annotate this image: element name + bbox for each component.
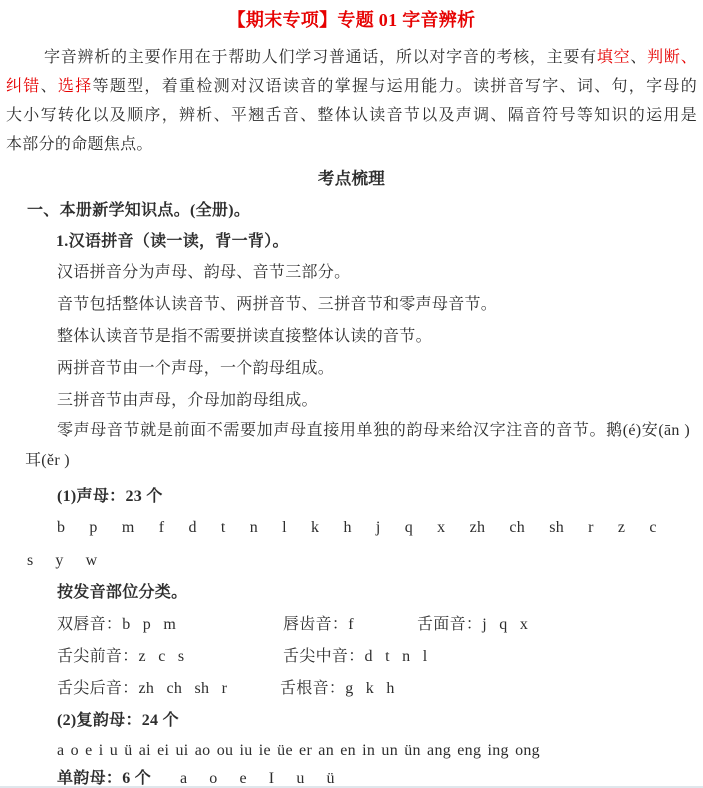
- intro-line-1: 字音辨析的主要作用在于帮助人们学习普通话，所以对字音的考核，主要有填空、判断、: [6, 48, 697, 68]
- initials-row-1: bpmfdtnlkhjqxzhchshrzc: [57, 518, 657, 538]
- initial-letter: d: [188, 518, 196, 538]
- body-three-spell: 三拼音节由声母，介母加韵母组成。: [57, 391, 318, 411]
- dorsal: 舌面音：j q x: [417, 615, 528, 635]
- velar: 舌根音：g k h: [280, 679, 395, 699]
- initial-letter: c: [649, 518, 656, 538]
- heading-unit-1: 一、本册新学知识点。(全册)。: [27, 201, 250, 221]
- highlighted-term: 、: [681, 49, 697, 66]
- bilabial: 双唇音：b p m: [57, 615, 176, 635]
- heading-initials: (1)声母：23 个: [57, 487, 163, 507]
- body-pinyin-parts: 汉语拼音分为声母、韵母、音节三部分。: [57, 263, 350, 283]
- initial-letter: b: [57, 518, 65, 538]
- section-heading: 考点梳理: [0, 169, 703, 189]
- body-zero-initial: 零声母音节就是前面不需要加声母直接用单独的韵母来给汉字注音的音节。鹅(é)安(ā…: [57, 421, 690, 441]
- initial-letter: ch: [509, 518, 525, 538]
- labiodental: 唇齿音：f: [283, 615, 354, 635]
- initial-letter: x: [437, 518, 445, 538]
- initial-letter: m: [122, 518, 135, 538]
- intro-line-2: 纠错、选择等题型，着重检测对汉语读音的掌握与运用能力。读拼音写字、词、句，字母的: [6, 77, 697, 97]
- initial-letter: j: [376, 518, 381, 538]
- initial-letter: l: [282, 518, 287, 538]
- highlighted-term: 选择: [58, 78, 93, 95]
- apical-back: 舌尖后音：zh ch sh r: [57, 679, 227, 699]
- initial-letter: r: [588, 518, 594, 538]
- initial-letter: sh: [549, 518, 564, 538]
- initial-letter: p: [89, 518, 97, 538]
- initial-letter: n: [250, 518, 258, 538]
- text-segment: 、: [630, 49, 647, 66]
- body-syllable-types: 音节包括整体认读音节、两拼音节、三拼音节和零声母音节。: [57, 295, 497, 315]
- initial-letter: q: [405, 518, 413, 538]
- apical-front: 舌尖前音：z c s: [57, 647, 184, 667]
- body-whole-syllable: 整体认读音节是指不需要拼读直接整体认读的音节。: [57, 327, 432, 347]
- initial-letter: zh: [470, 518, 486, 538]
- initial-letter: k: [311, 518, 319, 538]
- text-segment: 等题型，着重检测对汉语读音的掌握与运用能力。读拼音写字、词、句，字母的: [93, 78, 697, 95]
- body-two-spell: 两拼音节由一个声母，一个韵母组成。: [57, 359, 334, 379]
- text-segment: 本部分的命题焦点。: [6, 136, 153, 153]
- initial-letter: t: [221, 518, 226, 538]
- text-segment: 字音辨析的主要作用在于帮助人们学习普通话，所以对字音的考核，主要有: [44, 49, 597, 66]
- apical-mid: 舌尖中音：d t n l: [283, 647, 428, 667]
- text-segment: 、: [41, 78, 58, 95]
- document-page: 【期末专项】专题 01 字音辨析 考点梳理 字音辨析的主要作用在于帮助人们学习普…: [0, 0, 703, 788]
- body-zero-initial-wrap: 耳(ěr ): [25, 451, 70, 471]
- heading-pinyin: 1.汉语拼音（读一读，背一背）。: [56, 232, 289, 252]
- highlighted-term: 纠错: [6, 78, 41, 95]
- text-segment: 大小写转化以及顺序，辨析、平翘舌音、整体认读音节以及声调、隔音符号等知识的运用是: [6, 107, 697, 124]
- doc-title: 【期末专项】专题 01 字音辨析: [0, 10, 703, 30]
- intro-line-4: 本部分的命题焦点。: [6, 135, 153, 155]
- initial-letter: h: [343, 518, 351, 538]
- highlighted-term: 填空: [597, 49, 631, 66]
- initials-row-2: s y w: [27, 551, 97, 571]
- finals-list: a o e i u ü ai ei ui ao ou iu ie üe er a…: [57, 741, 540, 761]
- heading-articulation: 按发音部位分类。: [57, 583, 187, 603]
- initial-letter: f: [159, 518, 165, 538]
- heading-finals: (2)复韵母：24 个: [57, 711, 179, 731]
- initial-letter: z: [618, 518, 625, 538]
- highlighted-term: 判断: [647, 49, 681, 66]
- intro-line-3: 大小写转化以及顺序，辨析、平翘舌音、整体认读音节以及声调、隔音符号等知识的运用是: [6, 106, 697, 126]
